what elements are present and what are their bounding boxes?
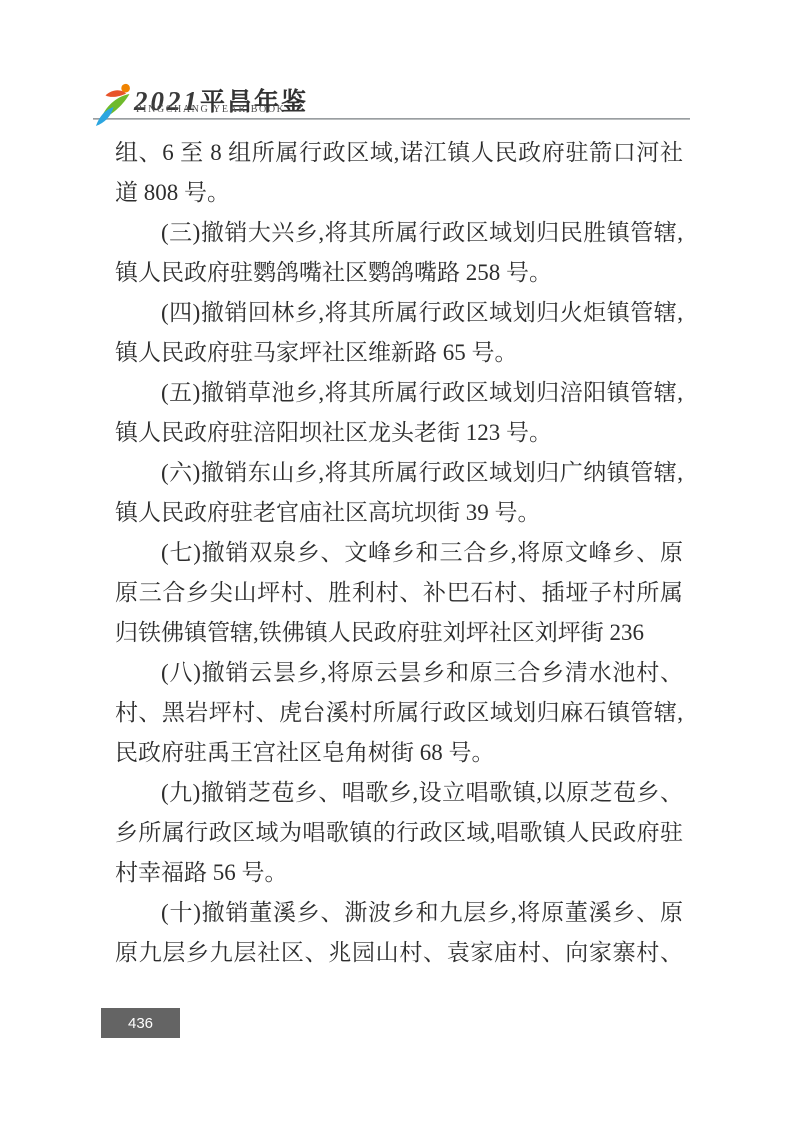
text-line: (七)撤销双泉乡、文峰乡和三合乡,将原文峰乡、原双泉乡和: [115, 533, 683, 573]
text-line: 镇人民政府驻鹦鸽嘴社区鹦鸽嘴路 258 号。: [115, 253, 683, 293]
yearbook-page: 2021平昌年鉴 PINGCHANG YEAR BOOK 组、6 至 8 组所属…: [0, 0, 793, 1122]
header-divider: [93, 118, 690, 120]
text-line: 村、黑岩坪村、虎台溪村所属行政区域划归麻石镇管辖,麻石镇人: [115, 693, 683, 733]
text-line: 镇人民政府驻老官庙社区高坑坝街 39 号。: [115, 493, 683, 533]
text-line: 归铁佛镇管辖,铁佛镇人民政府驻刘坪社区刘坪街 236 号。: [115, 613, 683, 653]
page-number-badge: 436: [101, 1008, 180, 1038]
text-line: 道 808 号。: [115, 173, 683, 213]
text-line: 原九层乡九层社区、兆园山村、袁家庙村、向家寨村、苟家寨村、闫: [115, 933, 683, 973]
text-line: 民政府驻禹王宫社区皂角树街 68 号。: [115, 733, 683, 773]
document-body: 组、6 至 8 组所属行政区域,诺江镇人民政府驻箭口河社区石牛大 道 808 号…: [115, 133, 683, 973]
text-line: (五)撤销草池乡,将其所属行政区域划归涪阳镇管辖,涪阳: [115, 373, 683, 413]
text-line: 村幸福路 56 号。: [115, 853, 683, 893]
text-line: (九)撤销芝苞乡、唱歌乡,设立唱歌镇,以原芝苞乡、原唱歌: [115, 773, 683, 813]
logo-head-dot: [121, 84, 130, 93]
text-line: 组、6 至 8 组所属行政区域,诺江镇人民政府驻箭口河社区石牛大: [115, 133, 683, 173]
yearbook-title-en: PINGCHANG YEAR BOOK: [136, 104, 285, 115]
text-line: 原三合乡尖山坪村、胜利村、补巴石村、插垭子村所属行政区域划: [115, 573, 683, 613]
text-line: (六)撤销东山乡,将其所属行政区域划归广纳镇管辖,广纳: [115, 453, 683, 493]
text-line: (三)撤销大兴乡,将其所属行政区域划归民胜镇管辖,民胜: [115, 213, 683, 253]
text-line: 乡所属行政区域为唱歌镇的行政区域,唱歌镇人民政府驻千鱼沟: [115, 813, 683, 853]
text-line: (四)撤销回林乡,将其所属行政区域划归火炬镇管辖,火炬: [115, 293, 683, 333]
logo-blue-swoosh: [96, 107, 114, 126]
text-line: 镇人民政府驻马家坪社区维新路 65 号。: [115, 333, 683, 373]
text-line: 镇人民政府驻涪阳坝社区龙头老街 123 号。: [115, 413, 683, 453]
text-line: (八)撤销云昙乡,将原云昙乡和原三合乡清水池村、马三垭: [115, 653, 683, 693]
text-line: (十)撤销董溪乡、澌波乡和九层乡,将原董溪乡、原澌波乡和: [115, 893, 683, 933]
